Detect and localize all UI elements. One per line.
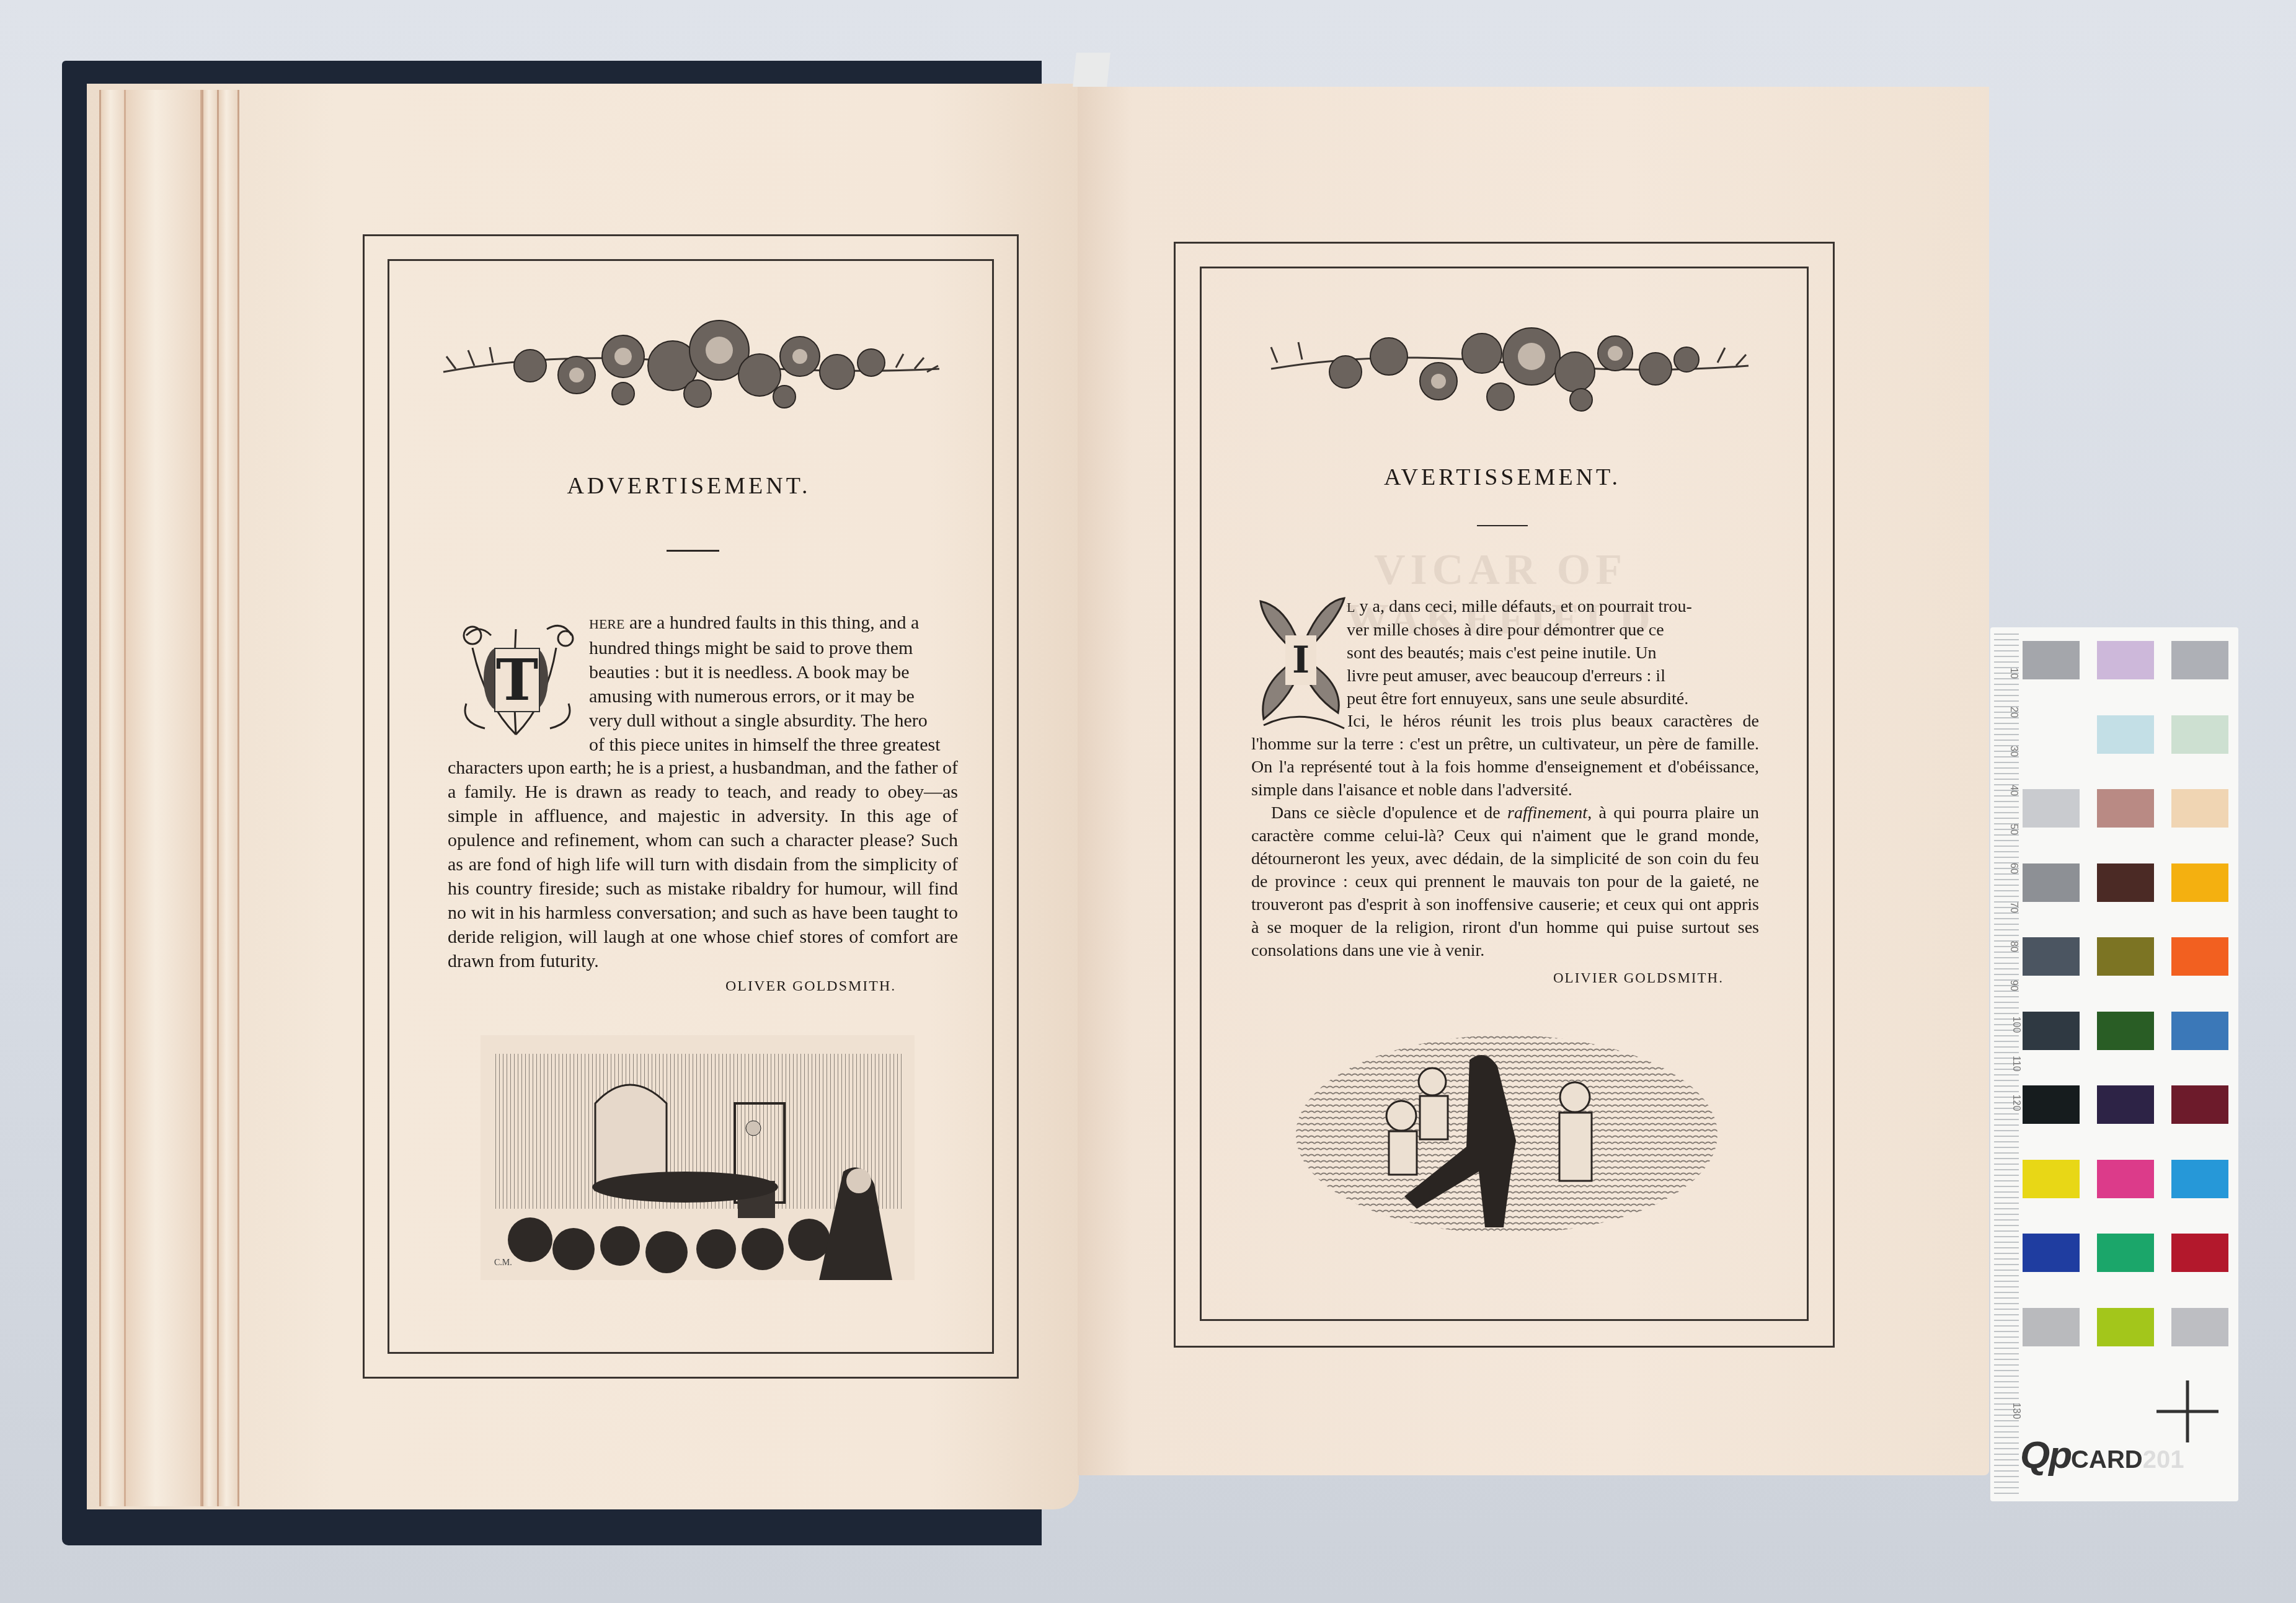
- color-swatch: [2023, 1234, 2080, 1272]
- ruler-label: 80: [2008, 941, 2019, 952]
- model-number: 201: [2143, 1446, 2184, 1473]
- color-swatch: [2171, 715, 2228, 754]
- ruler-label: 30: [2008, 746, 2019, 757]
- right-signature: OLIVIER GOLDSMITH.: [1553, 970, 1724, 986]
- color-swatch: [2097, 789, 2154, 828]
- qpcard-logo: QpCARD201: [2020, 1433, 2184, 1477]
- right-paragraph-1: Ici, le héros réunit les trois plus beau…: [1251, 710, 1759, 801]
- church-sermon-engraving-icon: [481, 1035, 915, 1280]
- color-swatch: [2171, 863, 2228, 902]
- ruler-label: 110: [2010, 1056, 2021, 1072]
- ruler-label: 130: [2010, 1403, 2021, 1420]
- left-paragraph: characters upon earth; he is a priest, a…: [448, 756, 958, 973]
- text-run: Dans ce siècle d'opulence et de: [1271, 803, 1507, 823]
- color-swatch: [2171, 1308, 2228, 1346]
- ruler-label: 120: [2010, 1095, 2021, 1111]
- text-line: of this piece unites in himself the thre…: [589, 733, 958, 757]
- ruler-label: 60: [2008, 863, 2019, 874]
- color-swatch: [2023, 789, 2080, 828]
- color-swatch: [2171, 1012, 2228, 1050]
- left-page-title: ADVERTISEMENT.: [388, 472, 990, 500]
- drop-cap: I: [1285, 635, 1316, 685]
- first-word: L: [1347, 599, 1355, 615]
- color-swatch: [2023, 641, 2080, 679]
- color-swatch: [2097, 1085, 2154, 1124]
- vicar-with-children-engraving-icon: [1283, 1023, 1730, 1252]
- ruler-label: 90: [2008, 980, 2019, 991]
- text-line: amusing with numerous errors, or it may …: [589, 684, 958, 709]
- text-line: very dull without a single absurdity. Th…: [589, 709, 958, 733]
- color-swatch: [2171, 1160, 2228, 1198]
- ruler-label: 20: [2008, 707, 2019, 718]
- color-swatch: [2171, 937, 2228, 976]
- ruler-label: 70: [2008, 902, 2019, 913]
- title-rule: [1477, 525, 1528, 526]
- page-edges: [99, 90, 239, 1506]
- brand-mark: Qp: [2020, 1434, 2071, 1477]
- ruler-label: 40: [2008, 785, 2019, 796]
- text-line: are a hundred faults in this thing, and …: [629, 612, 919, 633]
- text-line: livre peut amuser, avec beaucoup d'erreu…: [1347, 665, 1759, 687]
- ruler-label: 50: [2008, 824, 2019, 835]
- color-swatch: [2023, 863, 2080, 902]
- bookmark-tab: [1073, 53, 1110, 87]
- text-line: y a, dans ceci, mille défauts, et on pou…: [1359, 597, 1691, 616]
- italic-word: raffinement: [1507, 803, 1587, 823]
- left-intro-lines: HERE are a hundred faults in this thing,…: [589, 611, 958, 757]
- color-swatch: [2171, 789, 2228, 828]
- color-swatch: [2023, 1012, 2080, 1050]
- text-run: , à qui pourra plaire un caractère comme…: [1251, 803, 1759, 960]
- drop-cap: T: [494, 648, 540, 712]
- color-swatch: [2097, 863, 2154, 902]
- color-swatch: [2023, 1160, 2080, 1198]
- color-swatch: [2097, 1160, 2154, 1198]
- color-swatch: [2023, 1085, 2080, 1124]
- color-swatch: [2097, 715, 2154, 754]
- text-line: beauties : but it is needless. A book ma…: [589, 660, 958, 684]
- text-line: peut être fort ennuyeux, sans une seule …: [1347, 687, 1759, 710]
- text-line: ver mille choses à dire pour démontrer q…: [1347, 619, 1759, 642]
- left-signature: OLIVER GOLDSMITH.: [725, 978, 896, 995]
- brand-suffix: CARD: [2071, 1446, 2143, 1473]
- first-word: HERE: [589, 616, 624, 632]
- color-swatch: [2023, 937, 2080, 976]
- ruler-label: 10: [2008, 668, 2019, 679]
- church-illustration: C.M.: [481, 1035, 915, 1280]
- qpcard-color-reference: 10 20 30 40 50 60 70 80 90 100 110 120 1…: [1990, 627, 2238, 1501]
- text-line: hundred things might be said to prove th…: [589, 636, 958, 660]
- text-line: sont des beautés; mais c'est peine inuti…: [1347, 642, 1759, 665]
- floral-garland-icon: [1259, 313, 1755, 418]
- drop-cap-ornament: T: [448, 611, 584, 747]
- title-rule: [667, 550, 719, 552]
- color-swatch: [2097, 1012, 2154, 1050]
- color-swatch: [2023, 1308, 2080, 1346]
- ruler-label: 100: [2010, 1017, 2021, 1033]
- color-swatch: [2097, 1234, 2154, 1272]
- color-swatch: [2171, 641, 2228, 679]
- color-swatch: [2171, 1085, 2228, 1124]
- color-swatch: [2097, 641, 2154, 679]
- right-page-title: AVERTISSEMENT.: [1200, 464, 1805, 491]
- vicar-illustration: [1283, 1023, 1730, 1252]
- engraver-mark: C.M.: [494, 1258, 512, 1268]
- color-swatch: [2097, 937, 2154, 976]
- color-swatch: [2097, 1308, 2154, 1346]
- color-swatch: [2171, 1234, 2228, 1272]
- right-paragraph-2: Dans ce siècle d'opulence et de raffinem…: [1251, 801, 1759, 962]
- floral-garland-icon: [437, 313, 946, 425]
- right-intro-lines: L y a, dans ceci, mille défauts, et on p…: [1347, 595, 1759, 710]
